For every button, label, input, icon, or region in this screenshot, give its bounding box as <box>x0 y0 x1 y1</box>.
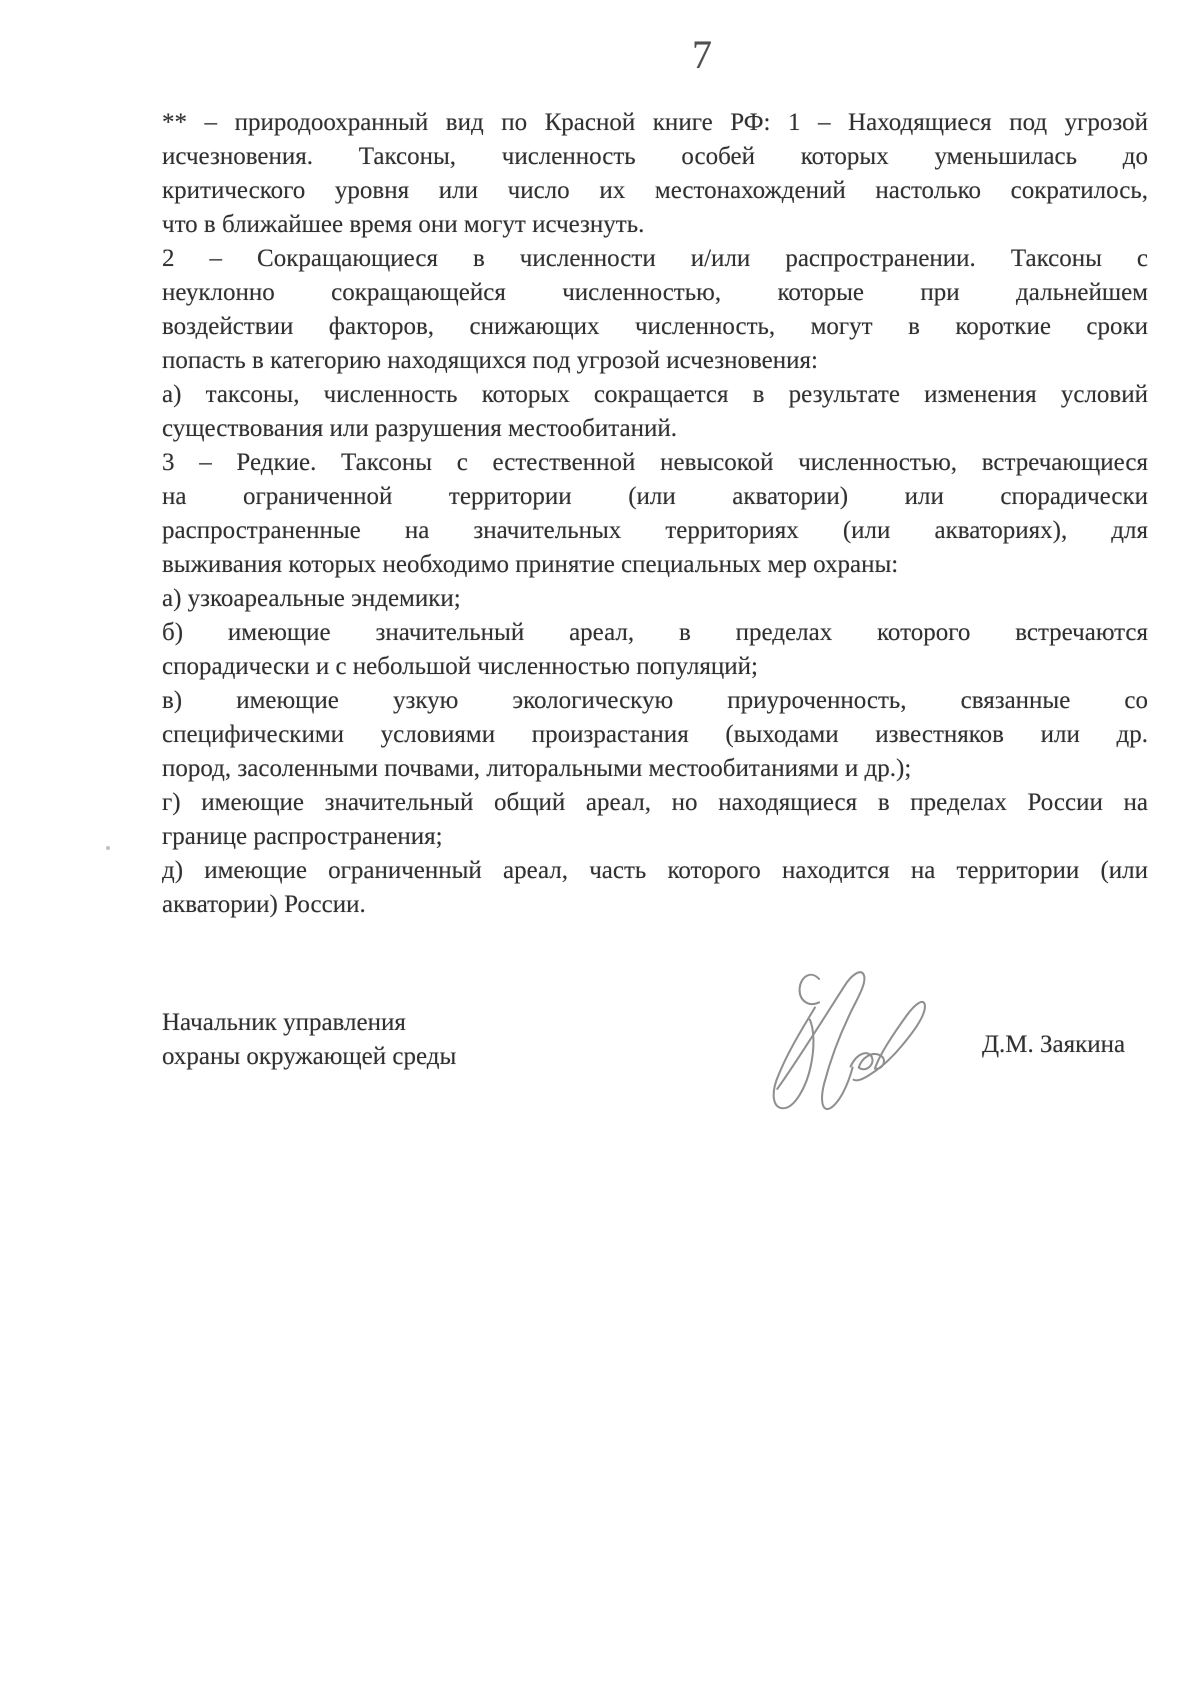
signature-stroke <box>851 1002 925 1080</box>
text-line: существования или разрушения местообитан… <box>162 412 1148 446</box>
text-line: г) имеющие значительный общий ареал, но … <box>162 786 1148 820</box>
text-line: спорадически и с небольшой численностью … <box>162 650 1148 684</box>
signature-title-line-1: Начальник управления <box>162 1006 456 1040</box>
page-number: 7 <box>692 34 712 76</box>
text-line: распространенные на значительных террито… <box>162 514 1148 548</box>
document-body: ** – природоохранный вид по Красной книг… <box>162 106 1148 922</box>
text-line: что в ближайшее время они могут исчезнут… <box>162 208 1148 242</box>
text-line: а) узкоареальные эндемики; <box>162 582 1148 616</box>
paragraph: г) имеющие значительный общий ареал, но … <box>162 786 1148 854</box>
text-line: а) таксоны, численность которых сокращае… <box>162 378 1148 412</box>
text-line: попасть в категорию находящихся под угро… <box>162 344 1148 378</box>
text-line: 3 – Редкие. Таксоны с естественной невыс… <box>162 446 1148 480</box>
paragraph: 2 – Сокращающиеся в численности и/или ра… <box>162 242 1148 378</box>
paragraph: б) имеющие значительный ареал, в предела… <box>162 616 1148 684</box>
text-line: акватории) России. <box>162 888 1148 922</box>
signature-title: Начальник управления охраны окружающей с… <box>162 1006 456 1074</box>
paragraph: ** – природоохранный вид по Красной книг… <box>162 106 1148 242</box>
paragraph: д) имеющие ограниченный ареал, часть кот… <box>162 854 1148 922</box>
text-line: неуклонно сокращающейся численностью, ко… <box>162 276 1148 310</box>
signature-title-line-2: охраны окружающей среды <box>162 1040 456 1074</box>
handwritten-signature <box>763 962 931 1114</box>
text-line: специфическими условиями произрастания (… <box>162 718 1148 752</box>
scan-speck-artifact <box>106 846 110 850</box>
text-line: 2 – Сокращающиеся в численности и/или ра… <box>162 242 1148 276</box>
signature-stroke <box>777 972 864 1109</box>
text-line: воздействии факторов, снижающих численно… <box>162 310 1148 344</box>
signature-stroke <box>774 975 819 1109</box>
paragraph: а) узкоареальные эндемики; <box>162 582 1148 616</box>
signer-name: Д.М. Заякина <box>982 1028 1125 1062</box>
text-line: б) имеющие значительный ареал, в предела… <box>162 616 1148 650</box>
text-line: критического уровня или число их местона… <box>162 174 1148 208</box>
paragraph: а) таксоны, численность которых сокращае… <box>162 378 1148 446</box>
text-line: на ограниченной территории (или акватори… <box>162 480 1148 514</box>
text-line: границе распространения; <box>162 820 1148 854</box>
paragraph: в) имеющие узкую экологическую приурочен… <box>162 684 1148 786</box>
text-line: ** – природоохранный вид по Красной книг… <box>162 106 1148 140</box>
text-line: в) имеющие узкую экологическую приурочен… <box>162 684 1148 718</box>
text-line: выживания которых необходимо принятие сп… <box>162 548 1148 582</box>
text-line: д) имеющие ограниченный ареал, часть кот… <box>162 854 1148 888</box>
document-page: 7 ** – природоохранный вид по Красной кн… <box>0 0 1200 1697</box>
paragraph: 3 – Редкие. Таксоны с естественной невыс… <box>162 446 1148 582</box>
text-line: пород, засоленными почвами, литоральными… <box>162 752 1148 786</box>
text-line: исчезновения. Таксоны, численность особе… <box>162 140 1148 174</box>
